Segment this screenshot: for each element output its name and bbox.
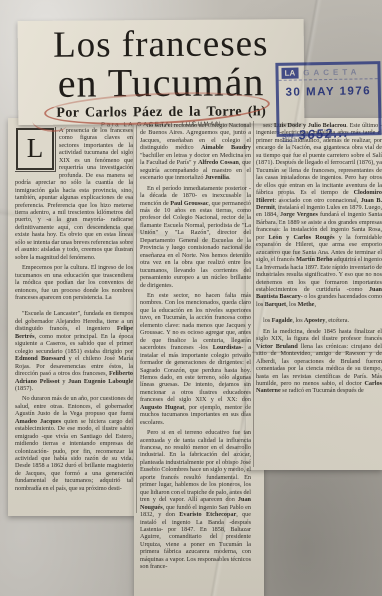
article-paragraph: no sería el rectorado del Colegio Nacion… xyxy=(140,122,251,182)
scanned-newspaper-clipping: Los franceses en Tucumán Por Carlos Páez… xyxy=(0,0,382,596)
stamp-number: 3652... xyxy=(298,125,349,143)
article-paragraph: No duraron más de un año, por cuestiones… xyxy=(15,395,133,492)
stamp-org-prefix: LA xyxy=(281,68,298,79)
stamp-number-row: S/N. 3652... xyxy=(281,126,348,142)
paper-crease xyxy=(252,351,382,353)
headline-line-2: en Tucumán xyxy=(18,63,304,103)
column-rule-2 xyxy=(253,121,254,467)
article-paragraph: Empecemos por la cultura. El ingreso de … xyxy=(15,264,133,301)
masthead: Los franceses en Tucumán Por Carlos Páez… xyxy=(18,19,305,129)
stamp-org-row: LA GACETA xyxy=(278,64,377,81)
article-column-3: ses: Luis Dode y Julio Belacrou. Este úl… xyxy=(256,122,382,472)
stamp-number-label: S/N. xyxy=(282,134,296,142)
date-stamp: LA GACETA 30 MAY 1976 S/N. 3652... xyxy=(275,61,381,137)
article-paragraph: ses: Luis Dode y Julio Belacrou. Este úl… xyxy=(256,122,382,308)
article-paragraph: En el período inmediatamente posterior -… xyxy=(140,185,251,289)
article-column-1: L A presencia de los franceses como figu… xyxy=(15,127,133,519)
article-paragraph: los Fagalde, los Apostey, etcétera. xyxy=(256,317,382,324)
drop-cap: L xyxy=(16,128,54,170)
stamp-org-name: GACETA xyxy=(303,67,360,77)
clipping-masthead-paper: Los franceses en Tucumán Por Carlos Páez… xyxy=(18,19,305,125)
article-paragraph: "Escuela de Lancaster", fundada en tiemp… xyxy=(15,310,133,392)
article-paragraph: En este sector, no hacen falta más nombr… xyxy=(140,292,251,426)
headline-line-1: Los franceses xyxy=(18,19,304,65)
article-paragraph: Pero si en el terreno educativo fue tan … xyxy=(140,429,251,571)
column-rule-1 xyxy=(136,125,137,513)
byline: Por Carlos Páez de la Torre (h) xyxy=(18,104,304,122)
stamp-date: 30 MAY 1976 xyxy=(279,85,378,99)
article-column-2: no sería el rectorado del Colegio Nacion… xyxy=(140,122,251,596)
article-paragraph: En la medicina, desde 1845 hasta finaliz… xyxy=(256,328,382,395)
